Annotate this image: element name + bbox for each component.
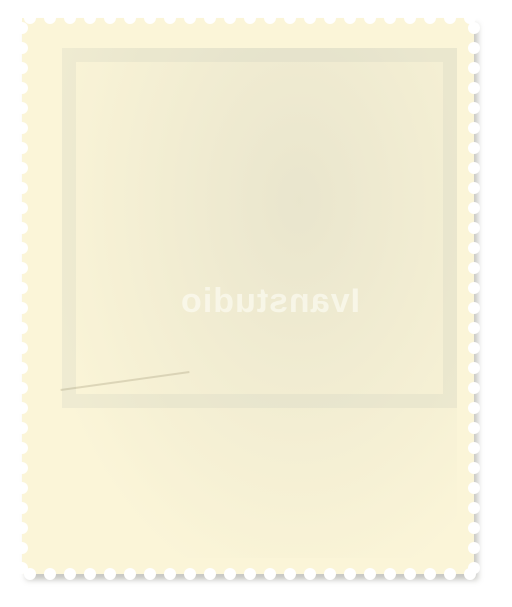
watermark-text: Ivanstudio [90,282,450,321]
show-through-frame [62,48,457,408]
